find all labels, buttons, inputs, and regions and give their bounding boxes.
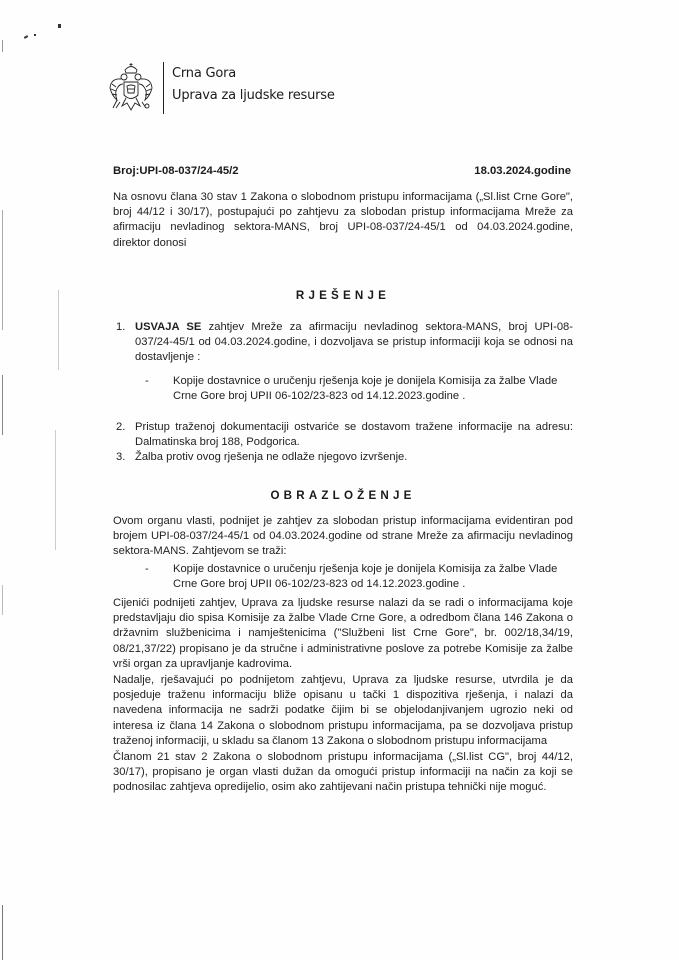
document-date: 18.03.2024.godine	[474, 165, 571, 177]
scan-speck	[58, 24, 61, 28]
reasoning-intro: Ovom organu vlasti, podnijet je zahtjev …	[113, 514, 573, 560]
scan-speck	[34, 34, 36, 36]
header-divider	[163, 62, 164, 114]
item-number: 2.	[116, 420, 125, 435]
dash-bullet: -	[145, 374, 149, 389]
decision-item-2: 2. Pristup traženoj dokumentaciji ostvar…	[113, 420, 573, 450]
scan-artifact	[2, 905, 3, 960]
decision-title: RJEŠENJE	[113, 289, 573, 302]
decision-item-3: 3. Žalba protiv ovog rješenja ne odlaže …	[113, 450, 573, 465]
scan-artifact	[2, 585, 3, 615]
reference-number: Broj:UPI-08-037/24-45/2	[113, 165, 239, 177]
authority-name: Uprava za ljudske resurse	[172, 85, 335, 107]
dash-bullet: -	[145, 562, 149, 577]
requested-item: - Kopije dostavnice o uručenju rješenja …	[145, 562, 573, 592]
scan-artifact	[2, 375, 3, 435]
scan-artifact	[58, 290, 59, 370]
reasoning-paragraph-1: Cijenići podnijeti zahtjev, Uprava za lj…	[113, 596, 573, 672]
item-number: 1.	[116, 320, 125, 335]
preamble: Na osnovu člana 30 stav 1 Zakona o slobo…	[113, 190, 573, 251]
reasoning-paragraph-3: Članom 21 stav 2 Zakona o slobodnom pris…	[113, 750, 573, 796]
decision-sub-item: - Kopije dostavnice o uručenju rješenja …	[145, 374, 573, 404]
coat-of-arms-icon	[108, 62, 154, 114]
document-meta: Broj:UPI-08-037/24-45/2 18.03.2024.godin…	[113, 165, 571, 177]
scan-artifact	[2, 40, 3, 52]
item-text: Pristup traženoj dokumentaciji ostvariće…	[135, 420, 573, 450]
decision-item-1: 1. USVAJA SE zahtjev Mreže za afirmaciju…	[113, 320, 573, 366]
sub-item-text: Kopije dostavnice o uručenju rješenja ko…	[173, 374, 573, 404]
reasoning-paragraph-2: Nadalje, rješavajući po podnijetom zahtj…	[113, 673, 573, 749]
item-text: Žalba protiv ovog rješenja ne odlaže nje…	[135, 450, 573, 465]
item-number: 3.	[116, 450, 125, 465]
country-name: Crna Gora	[172, 63, 335, 85]
item-text: zahtjev Mreže za afirmaciju nevladinog s…	[135, 321, 573, 363]
requested-item-text: Kopije dostavnice o uručenju rješenja ko…	[173, 562, 573, 592]
scan-artifact	[55, 430, 56, 550]
scan-artifact	[2, 210, 3, 330]
reasoning-title: OBRAZLOŽENJE	[113, 489, 573, 502]
document-page: Crna Gora Uprava za ljudske resurse Broj…	[0, 0, 679, 960]
scan-speck	[24, 35, 28, 39]
letterhead: Crna Gora Uprava za ljudske resurse	[108, 62, 335, 122]
item-bold-lead: USVAJA SE	[135, 321, 201, 333]
header-text: Crna Gora Uprava za ljudske resurse	[172, 62, 335, 107]
